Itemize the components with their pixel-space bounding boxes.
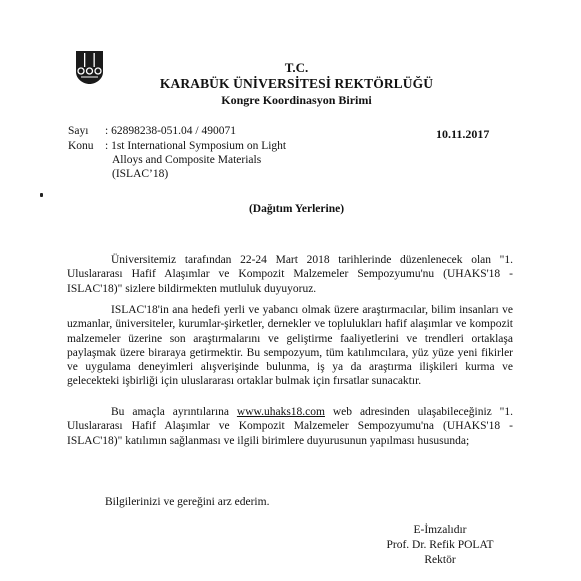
signatory-title: Rektör <box>365 553 515 568</box>
signature-status: E-İmzalıdır <box>365 523 515 538</box>
konu-label: Konu <box>68 139 105 153</box>
scan-artifact <box>40 193 43 197</box>
distribution-line: (Dağıtım Yerlerine) <box>6 203 581 215</box>
header-university: KARABÜK ÜNİVERSİTESİ REKTÖRLÜĞÜ <box>6 76 581 92</box>
sayi-label: Sayı <box>68 124 105 138</box>
paragraph-2: ISLAC'18'in ana hedefi yerli ve yabancı … <box>67 303 513 389</box>
document-date: 10.11.2017 <box>436 127 489 142</box>
website-link[interactable]: www.uhaks18.com <box>237 406 325 418</box>
konu-value: : 1st International Symposium on Light A… <box>105 139 286 181</box>
closing-line: Bilgilerinizi ve gereğini arz ederim. <box>105 496 269 508</box>
header-tc: T.C. <box>6 60 581 76</box>
subject: Konu : 1st International Symposium on Li… <box>68 139 286 181</box>
sayi-value: : 62898238-051.04 / 490071 <box>105 125 236 137</box>
konu-line: Alloys and Composite Materials <box>105 154 261 166</box>
signatory-name: Prof. Dr. Refik POLAT <box>365 538 515 553</box>
konu-line: : 1st International Symposium on Light <box>105 140 286 152</box>
reference-number: Sayı: 62898238-051.04 / 490071 <box>68 124 236 138</box>
header-unit: Kongre Koordinasyon Birimi <box>6 93 581 108</box>
paragraph-1: Üniversitemiz tarafından 22-24 Mart 2018… <box>67 253 513 296</box>
paragraph-3: Bu amaçla ayrıntılarına www.uhaks18.com … <box>67 405 513 448</box>
konu-line: (ISLAC’18) <box>105 168 168 180</box>
paragraph-3-start: Bu amaçla ayrıntılarına <box>111 406 237 418</box>
